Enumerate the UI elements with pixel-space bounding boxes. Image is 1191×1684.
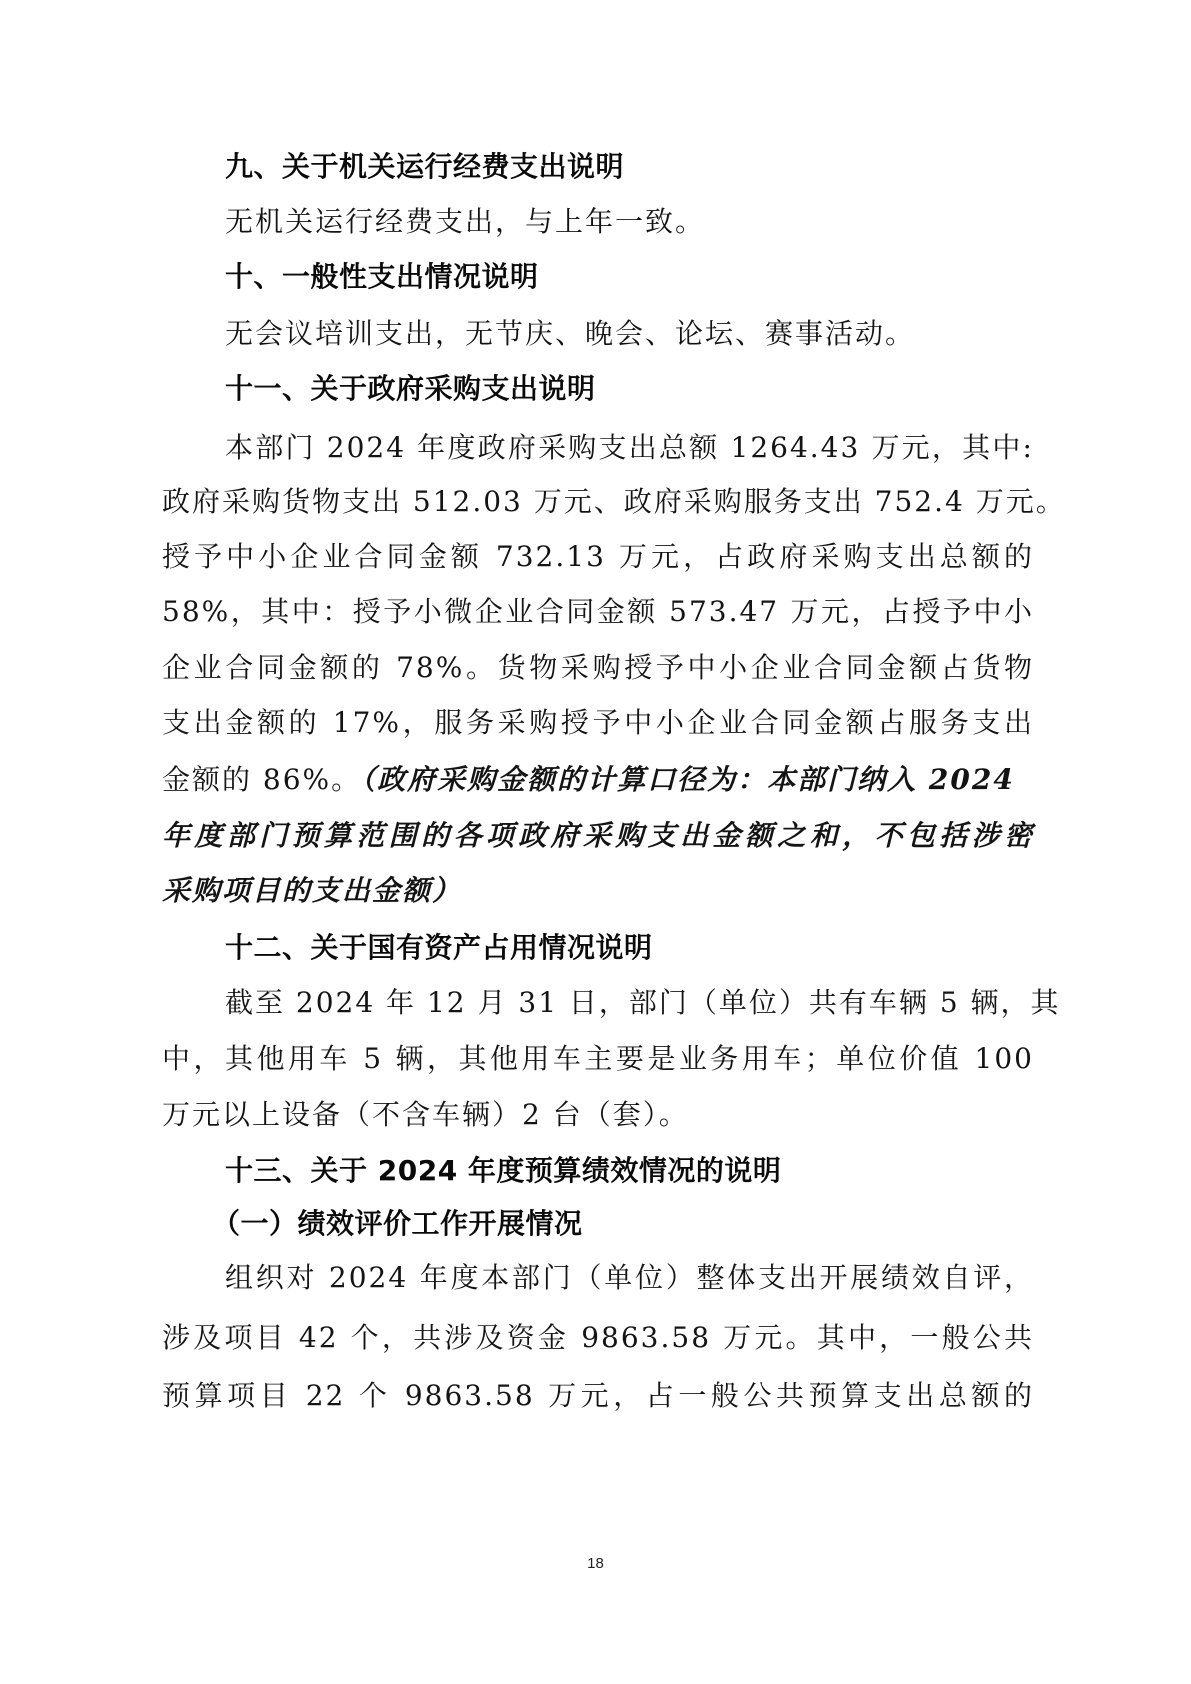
section-heading-12: 十二、关于国有资产占用情况说明 (225, 926, 1034, 970)
emphasis-note-line-2: 年度部门预算范围的各项政府采购支出金额之和，不包括涉密 (162, 814, 1034, 858)
paragraph-11-line-6: 支出金额的 17%，服务采购授予中小企业合同金额占服务支出 (162, 701, 1034, 745)
paragraph-11-line-2: 政府采购货物支出 512.03 万元、政府采购服务支出 752.4 万元。 (162, 480, 1034, 524)
paragraph-9: 无机关运行经费支出，与上年一致。 (225, 200, 1034, 244)
document-page: 九、关于机关运行经费支出说明 无机关运行经费支出，与上年一致。 十、一般性支出情… (0, 0, 1191, 1684)
paragraph-13-line-3: 预算项目 22 个 9863.58 万元，占一般公共预算支出总额的 (162, 1374, 1034, 1418)
paragraph-12-line-3: 万元以上设备（不含车辆）2 台（套）。 (162, 1093, 1034, 1137)
paragraph-11-line-5: 企业合同金额的 78%。货物采购授予中小企业合同金额占货物 (162, 646, 1034, 690)
page-number: 18 (0, 1555, 1191, 1572)
emphasis-note: （政府采购金额的计算口径为：本部门纳入 2024 (361, 763, 1015, 796)
paragraph-11-line-1: 本部门 2024 年度政府采购支出总额 1264.43 万元，其中: (225, 426, 1034, 470)
section-heading-13: 十三、关于 2024 年度预算绩效情况的说明 (225, 1149, 1034, 1193)
paragraph-13-line-1: 组织对 2024 年度本部门（单位）整体支出开展绩效自评， (225, 1256, 1034, 1300)
emphasis-note-line-3: 采购项目的支出金额） (162, 869, 1034, 913)
paragraph-12-line-1: 截至 2024 年 12 月 31 日，部门（单位）共有车辆 5 辆，其 (225, 981, 1034, 1025)
paragraph-10: 无会议培训支出，无节庆、晚会、论坛、赛事活动。 (225, 312, 1034, 356)
paragraph-11-line-4: 58%，其中：授予小微企业合同金额 573.47 万元，占授予中小 (162, 590, 1034, 634)
subsection-heading-13-1: （一）绩效评价工作开展情况 (212, 1202, 1084, 1246)
paragraph-11-line-7: 金额的 86%。（政府采购金额的计算口径为：本部门纳入 2024 (162, 758, 1034, 802)
section-heading-11: 十一、关于政府采购支出说明 (225, 367, 1034, 411)
plain-text: 金额的 86%。 (162, 763, 361, 796)
paragraph-12-line-2: 中，其他用车 5 辆，其他用车主要是业务用车；单位价值 100 (162, 1037, 1034, 1081)
paragraph-13-line-2: 涉及项目 42 个，共涉及资金 9863.58 万元。其中，一般公共 (162, 1316, 1034, 1360)
section-heading-9: 九、关于机关运行经费支出说明 (225, 145, 1034, 189)
section-heading-10: 十、一般性支出情况说明 (225, 255, 1034, 299)
paragraph-11-line-3: 授予中小企业合同金额 732.13 万元，占政府采购支出总额的 (162, 535, 1034, 579)
